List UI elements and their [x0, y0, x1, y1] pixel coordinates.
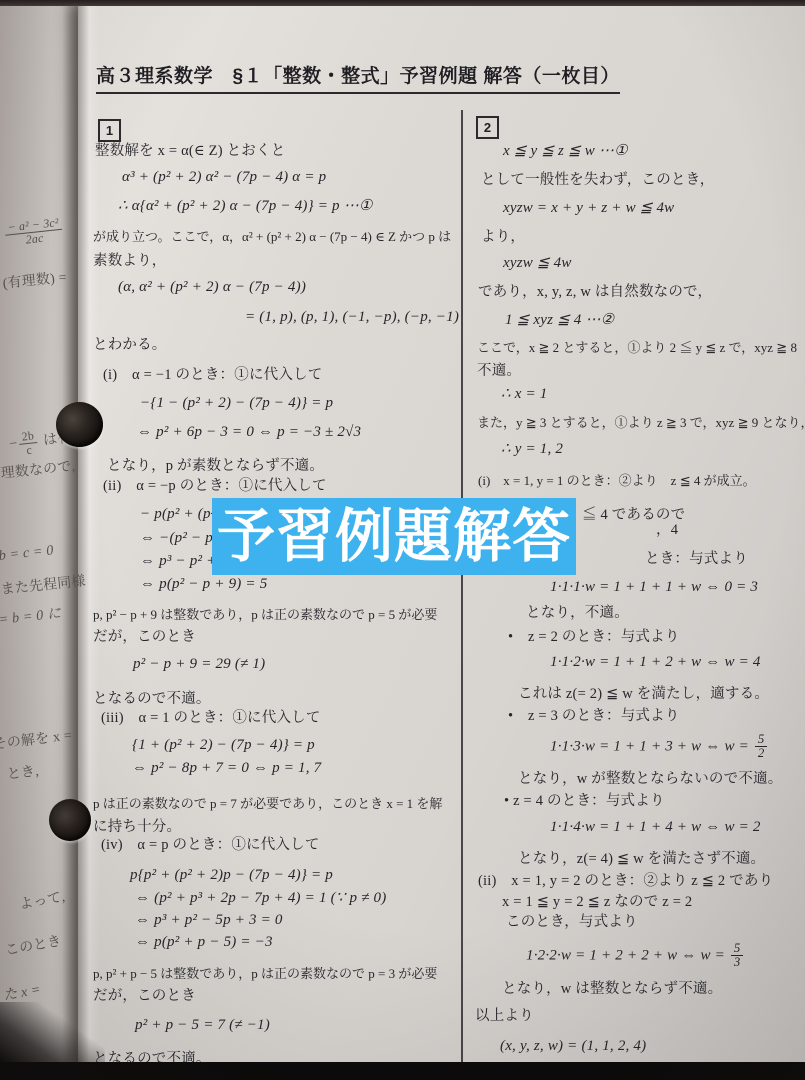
fraction: − a² − 3c²2ac [4, 216, 64, 248]
text-line: とき, [6, 763, 40, 784]
text-line: よって, [18, 889, 67, 914]
text-line: b = c = 0 [0, 542, 54, 565]
text-line: また先程同様 [0, 573, 87, 599]
text-line: このとき [4, 933, 63, 960]
punch-hole-bottom [49, 799, 91, 841]
text-line: = b = 0 に [0, 605, 62, 629]
text-line: (有理数) = [2, 269, 68, 293]
text-line: その解を x = [0, 727, 73, 754]
punch-hole-top [56, 402, 103, 447]
photo-background-bottom [0, 1062, 805, 1080]
photo-background-top [0, 0, 805, 6]
text-line: 理数なので, [0, 458, 76, 483]
text-line: − a² − 3c²2ac [2, 216, 66, 248]
fraction: 2bc [18, 429, 39, 457]
watermark-overlay: 予習例題解答 [212, 498, 576, 575]
photo-of-worksheet: 高３理系数学 §１「整数・整式」予習例題 解答（一枚目） 1 2 整数解を x … [0, 0, 805, 1080]
